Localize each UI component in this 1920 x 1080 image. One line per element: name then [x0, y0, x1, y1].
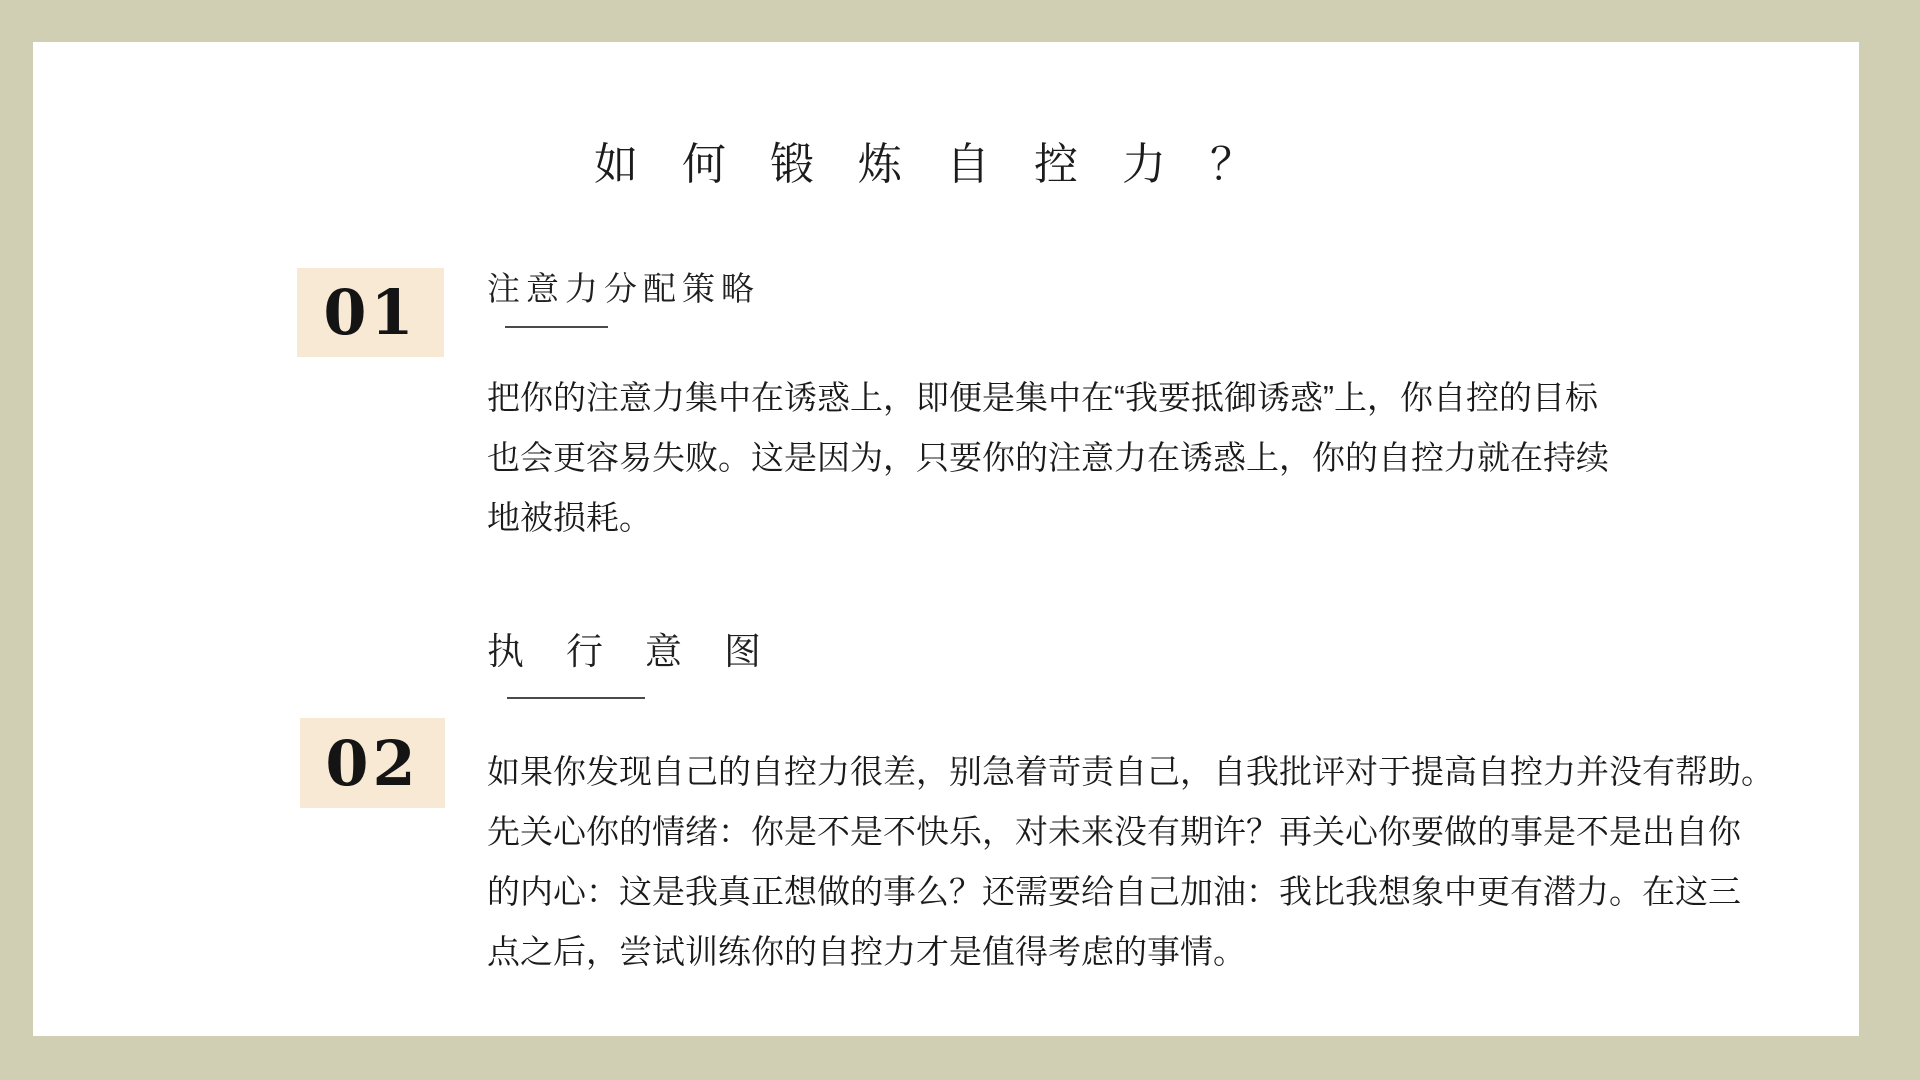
body-line: 的内心：这是我真正想做的事么？还需要给自己加油：我比我想象中更有潜力。在这三 — [487, 862, 1774, 922]
body-line: 点之后，尝试训练你的自控力才是值得考虑的事情。 — [487, 922, 1774, 982]
body-line: 地被损耗。 — [487, 488, 1609, 548]
section-2-heading-underline — [507, 697, 645, 699]
section-2-paragraph: 如果你发现自己的自控力很差，别急着苛责自己，自我批评对于提高自控力并没有帮助。 … — [487, 742, 1774, 982]
slide-title: 如何锻炼自控力？ — [33, 128, 1859, 192]
section-2-number-badge: 02 — [300, 718, 445, 808]
section-1-paragraph: 把你的注意力集中在诱惑上，即便是集中在“我要抵御诱惑”上，你自控的目标 也会更容… — [487, 368, 1609, 548]
body-line: 也会更容易失败。这是因为，只要你的注意力在诱惑上，你的自控力就在持续 — [487, 428, 1609, 488]
section-1-heading-underline — [505, 326, 608, 328]
slide-background: 如何锻炼自控力？ 01 注意力分配策略 把你的注意力集中在诱惑上，即便是集中在“… — [0, 0, 1920, 1080]
body-line: 如果你发现自己的自控力很差，别急着苛责自己，自我批评对于提高自控力并没有帮助。 — [487, 742, 1774, 802]
section-2-heading: 执行意图 — [487, 630, 803, 676]
slide-card: 如何锻炼自控力？ 01 注意力分配策略 把你的注意力集中在诱惑上，即便是集中在“… — [33, 42, 1859, 1036]
section-1-heading: 注意力分配策略 — [487, 270, 760, 311]
section-1-number-badge: 01 — [297, 268, 444, 357]
body-line: 把你的注意力集中在诱惑上，即便是集中在“我要抵御诱惑”上，你自控的目标 — [487, 368, 1609, 428]
body-line: 先关心你的情绪：你是不是不快乐，对未来没有期许？再关心你要做的事是不是出自你 — [487, 802, 1774, 862]
